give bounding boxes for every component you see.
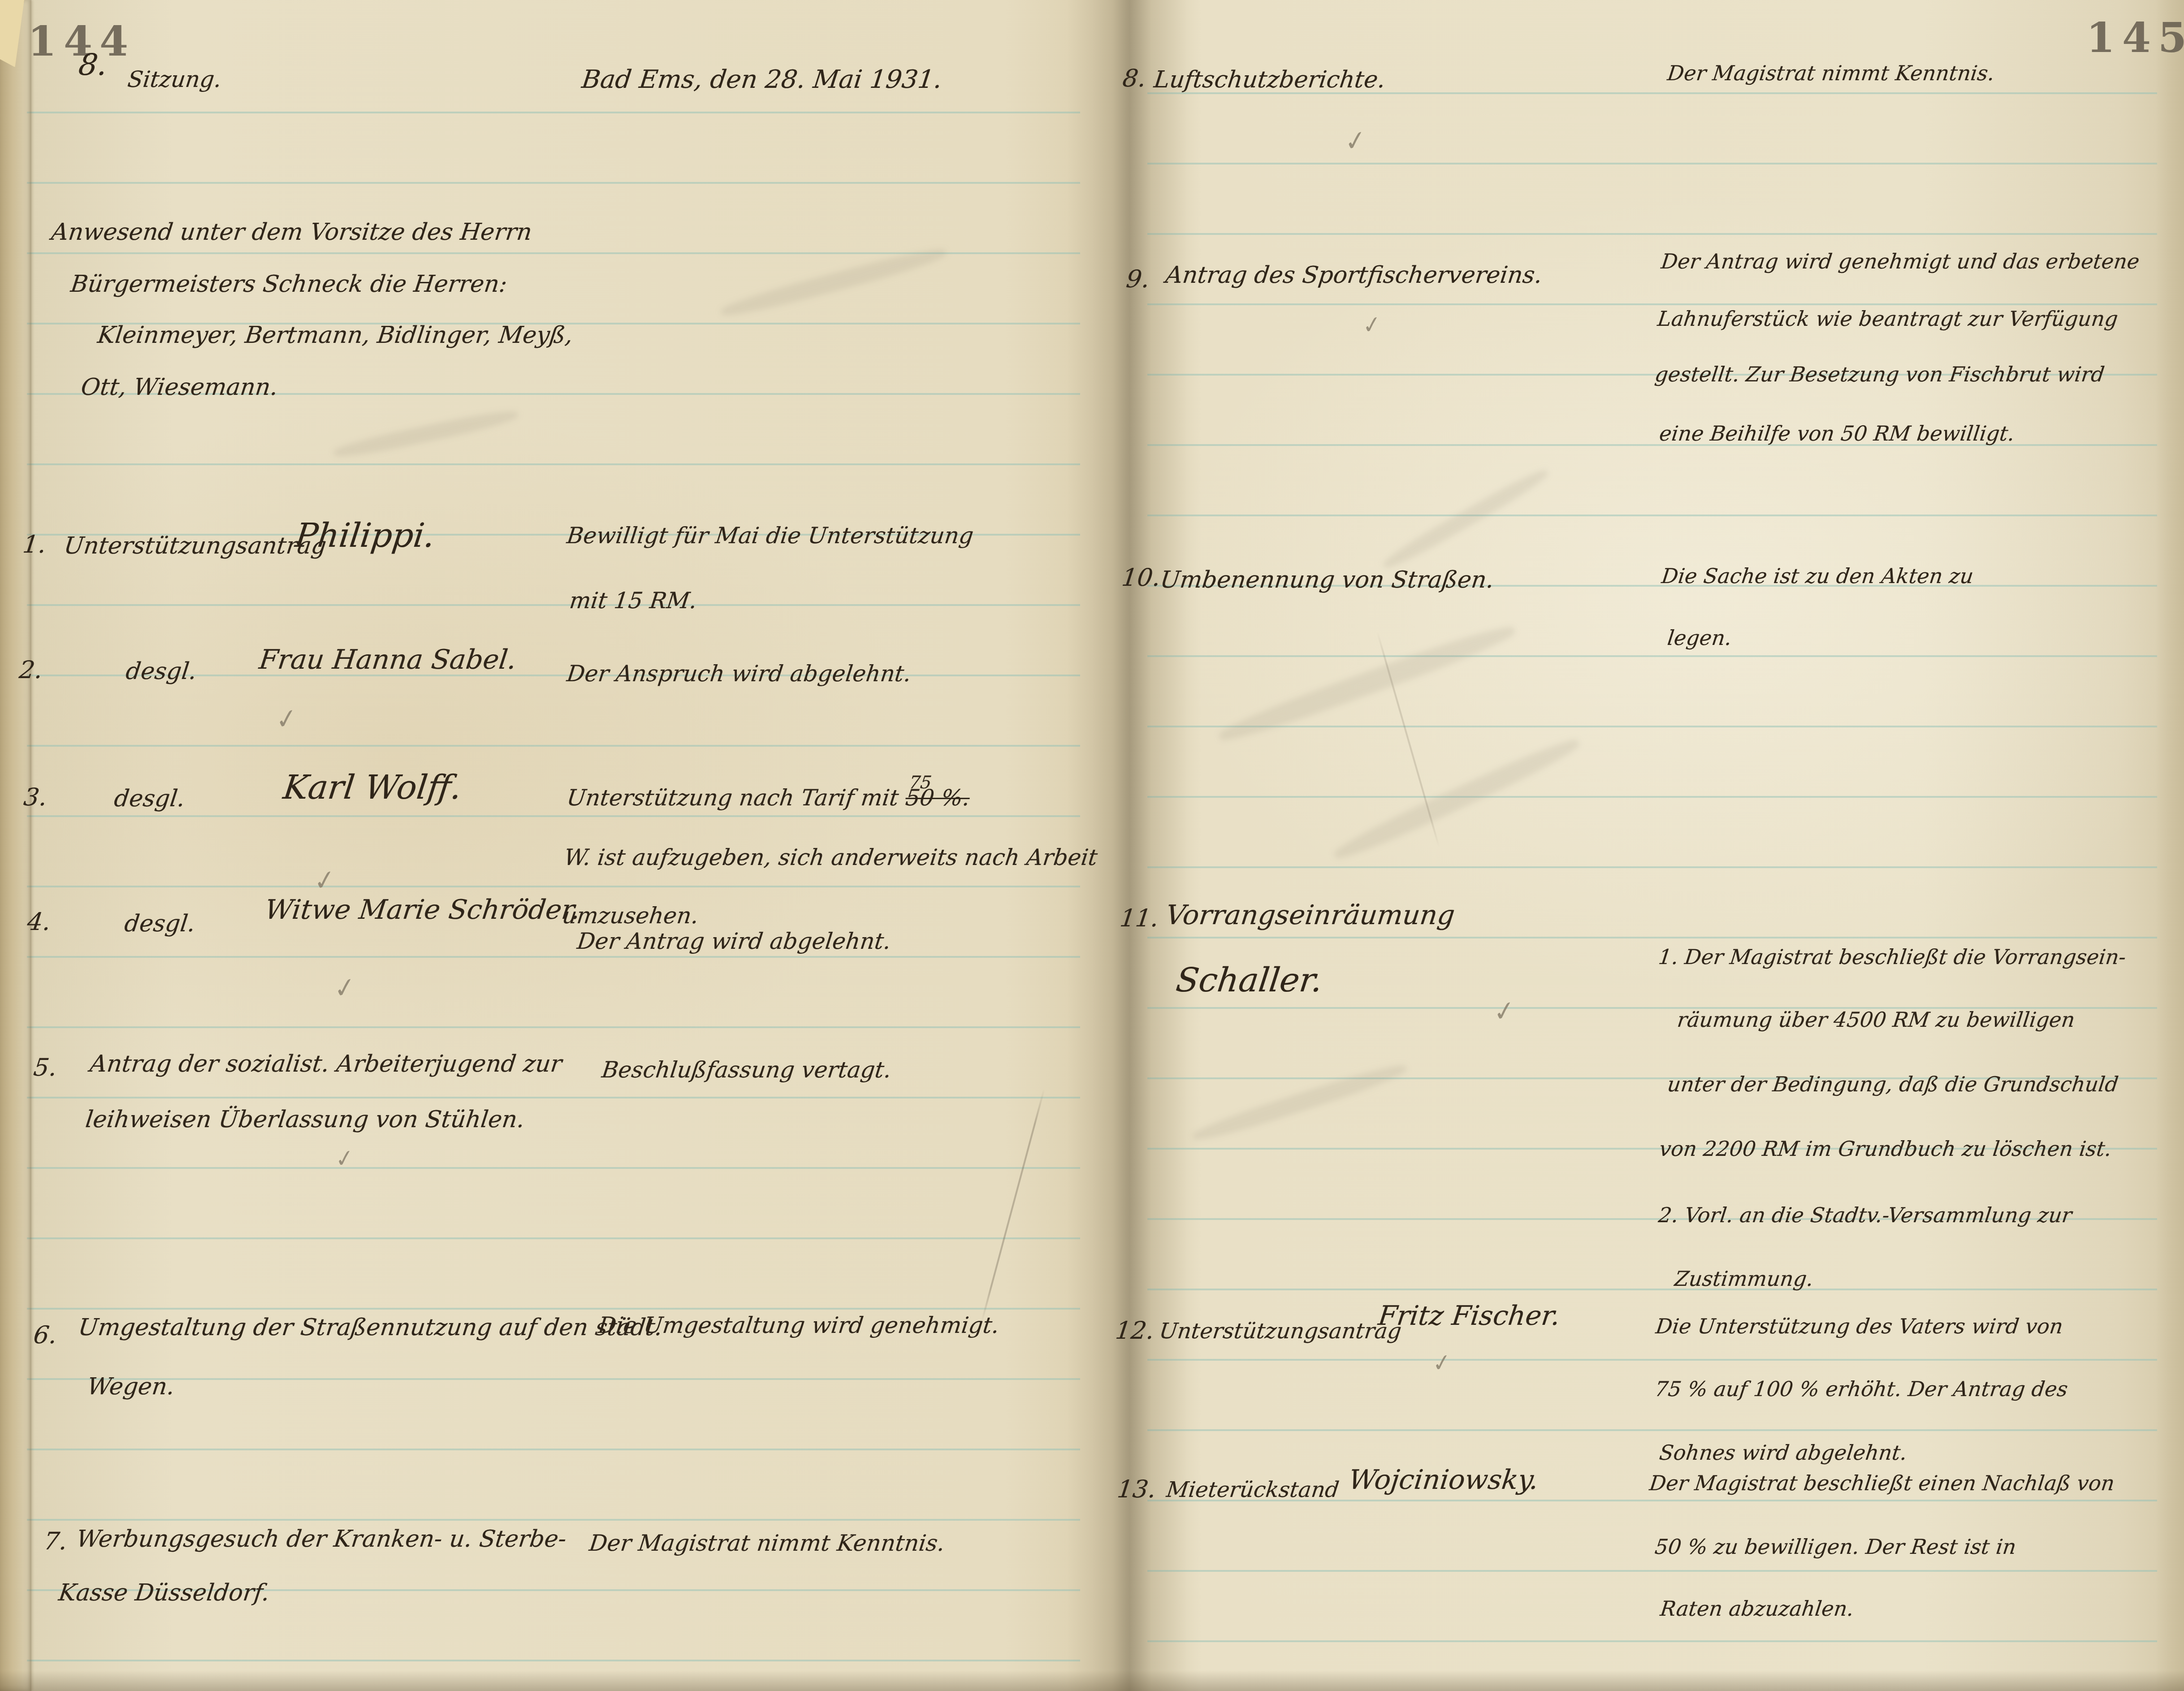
session-heading: Sitzung. bbox=[126, 68, 223, 91]
resolution-line: Raten abzuzahlen. bbox=[1659, 1598, 1855, 1619]
item-subject: Vorrangseinräumung bbox=[1164, 902, 1456, 929]
right-book-edge bbox=[2155, 0, 2184, 1691]
resolution-line: 1. Der Magistrat beschließt die Vorrangs… bbox=[1657, 947, 2127, 967]
item-subject: Werbungsgesuch der Kranken- u. Sterbe- bbox=[75, 1527, 568, 1551]
session-number: 8. bbox=[77, 50, 109, 80]
resolution-line: umzusehen. bbox=[561, 904, 700, 927]
item-number: 7. bbox=[43, 1529, 69, 1553]
item-number: 1. bbox=[22, 532, 48, 557]
item-name: Karl Wolff. bbox=[281, 771, 463, 804]
item-subject: Luftschutzberichte. bbox=[1153, 68, 1387, 91]
resolution-line: Der Antrag wird genehmigt und das erbete… bbox=[1660, 251, 2141, 272]
pencil-checkmark: ✓ bbox=[333, 970, 357, 1005]
correction-value: 75 bbox=[908, 774, 932, 791]
item-number: 11. bbox=[1119, 906, 1160, 930]
pencil-checkmark: ✓ bbox=[1343, 123, 1368, 158]
item-number: 13. bbox=[1116, 1477, 1158, 1501]
item-subject: Antrag des Sportfischervereins. bbox=[1164, 264, 1544, 287]
resolution-line: von 2200 RM im Grundbuch zu löschen ist. bbox=[1658, 1138, 2113, 1159]
attendance-line: Anwesend unter dem Vorsitze des Herrn bbox=[50, 221, 533, 244]
item-number: 2. bbox=[18, 658, 44, 682]
resolution-line: Die Unterstützung des Vaters wird von bbox=[1655, 1316, 2064, 1336]
resolution-line: Bewilligt für Mai die Unterstützung bbox=[566, 524, 975, 547]
page-number-right: 145 bbox=[2086, 13, 2184, 62]
item-subject: leihweisen Überlassung von Stühlen. bbox=[84, 1108, 526, 1131]
left-page-crease bbox=[30, 0, 33, 1691]
resolution-line: 50 % zu bewilligen. Der Rest ist in bbox=[1654, 1536, 2017, 1557]
item-subject: Kasse Düsseldorf. bbox=[57, 1581, 271, 1605]
item-number: 10. bbox=[1120, 566, 1162, 590]
resolution-line: Unterstützung nach Tarif mit 7550 %. bbox=[566, 787, 971, 809]
ledger-scan: 144 8. Sitzung. Bad Ems, den 28. Mai 193… bbox=[0, 0, 2184, 1691]
resolution-line: Der Antrag wird abgelehnt. bbox=[576, 930, 892, 952]
item-name: Frau Hanna Sabel. bbox=[258, 646, 518, 673]
resolution-line: 75 % auf 100 % erhöht. Der Antrag des bbox=[1654, 1379, 2069, 1399]
resolution-line: eine Beihilfe von 50 RM bewilligt. bbox=[1658, 423, 2016, 444]
resolution-line: legen. bbox=[1666, 627, 1733, 648]
pencil-checkmark: ✓ bbox=[274, 701, 299, 736]
item-number: 3. bbox=[22, 785, 48, 809]
item-number: 6. bbox=[32, 1323, 58, 1347]
pencil-checkmark: ✓ bbox=[312, 863, 337, 898]
correction-group: 7550 %. bbox=[904, 787, 971, 809]
resolution-line: Beschlußfassung vertagt. bbox=[601, 1059, 893, 1081]
item-name: Fritz Fischer. bbox=[1377, 1302, 1561, 1329]
item-subject: Antrag der sozialist. Arbeiterjugend zur bbox=[89, 1052, 563, 1076]
resolution-line: Der Magistrat beschließt einen Nachlaß v… bbox=[1648, 1473, 2116, 1493]
item-subject: desgl. bbox=[125, 660, 198, 683]
resolution-line: 2. Vorl. an die Stadtv.-Versammlung zur bbox=[1657, 1205, 2073, 1225]
dateline: Bad Ems, den 28. Mai 1931. bbox=[580, 67, 943, 92]
resolution-line: gestellt. Zur Besetzung von Fischbrut wi… bbox=[1654, 364, 2106, 385]
item-name: Philippi. bbox=[294, 519, 437, 552]
item-name: Witwe Marie Schröder. bbox=[264, 896, 582, 923]
pencil-checkmark: ✓ bbox=[1431, 1348, 1452, 1378]
item-name: Schaller. bbox=[1174, 964, 1324, 997]
resolution-line: Sohnes wird abgelehnt. bbox=[1658, 1442, 1908, 1463]
item-subject: Wegen. bbox=[86, 1375, 176, 1398]
attendance-line: Kleinmeyer, Bertmann, Bidlinger, Meyß, bbox=[96, 324, 574, 347]
item-number: 9. bbox=[1125, 267, 1151, 291]
item-number: 8. bbox=[1121, 66, 1147, 91]
item-subject: desgl. bbox=[113, 787, 186, 810]
resolution-text: Unterstützung nach Tarif mit bbox=[566, 785, 908, 811]
bottom-shadow bbox=[0, 1670, 2184, 1691]
left-book-edge bbox=[0, 0, 31, 1691]
resolution-line: Der Anspruch wird abgelehnt. bbox=[566, 662, 913, 685]
resolution-line: Die Sache ist zu den Akten zu bbox=[1661, 566, 1975, 586]
item-number: 5. bbox=[32, 1055, 58, 1080]
pencil-checkmark: ✓ bbox=[334, 1144, 355, 1174]
item-subject: Umgestaltung der Straßennutzung auf den … bbox=[77, 1316, 664, 1339]
resolution-line: Zustimmung. bbox=[1674, 1268, 1815, 1289]
resolution-line: Der Magistrat nimmt Kenntnis. bbox=[1666, 63, 1996, 83]
item-number: 4. bbox=[26, 910, 52, 934]
resolution-line: Die Umgestaltung wird genehmigt. bbox=[597, 1314, 1000, 1336]
item-subject: Mieterückstand bbox=[1165, 1479, 1341, 1501]
item-name: Wojciniowsky. bbox=[1347, 1466, 1540, 1493]
resolution-line: räumung über 4500 RM zu bewilligen bbox=[1676, 1009, 2076, 1030]
resolution-line: Lahnuferstück wie beantragt zur Verfügun… bbox=[1656, 308, 2119, 329]
item-subject: Unterstützungsantrag bbox=[63, 534, 328, 558]
item-subject: Unterstützungsantrag bbox=[1158, 1320, 1403, 1342]
resolution-line: W. ist aufzugeben, sich anderweits nach … bbox=[563, 846, 1099, 869]
item-subject: desgl. bbox=[123, 912, 197, 935]
resolution-line: Der Magistrat nimmt Kenntnis. bbox=[588, 1532, 946, 1554]
resolution-line: mit 15 RM. bbox=[568, 589, 698, 612]
item-number: 12. bbox=[1114, 1319, 1156, 1343]
pencil-checkmark: ✓ bbox=[1361, 310, 1382, 340]
item-subject: Umbenennung von Straßen. bbox=[1159, 568, 1495, 592]
attendance-line: Bürgermeisters Schneck die Herren: bbox=[69, 272, 509, 296]
attendance-line: Ott, Wiesemann. bbox=[80, 376, 279, 399]
pencil-checkmark: ✓ bbox=[1492, 994, 1517, 1029]
resolution-line: unter der Bedingung, daß die Grundschuld bbox=[1666, 1074, 2119, 1094]
